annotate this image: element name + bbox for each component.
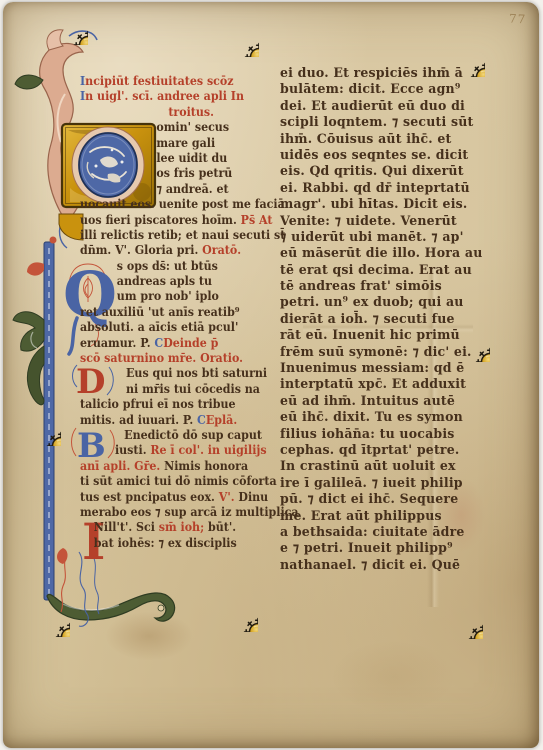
text-line: me. Erat aūt philippus	[280, 509, 466, 525]
gold-boss-icon	[27, 412, 61, 446]
text-line: filius iohān̄a: tu uocabis	[280, 427, 466, 443]
text-line: tē andreas frat' simōis	[280, 279, 466, 295]
text-line: troitus.	[80, 105, 264, 120]
text-segment: In crastinū aūt uoluit ex	[280, 459, 456, 474]
text-line: merabo eos ⁊ sup arcā iz multiplica	[80, 505, 264, 520]
text-line: e ⁊ petri. Inueit philipp⁹	[280, 541, 466, 557]
text-segment: ihm̄. Cōuisus aūt ihc̄. et	[280, 132, 452, 147]
text-line: eū ad ihm̄. Intuitus autē	[280, 394, 466, 410]
text-line: lee uidit du	[80, 151, 264, 166]
text-segment: Eplā.	[206, 413, 237, 427]
gold-boss-icon	[36, 603, 70, 637]
text-line: In uigl'. scī. andree apli In	[80, 89, 264, 104]
text-line: ei. Rabbi. qd dr̄ inteprtatū	[280, 181, 466, 197]
text-segment: eū ihc̄. dixit. Tu es symon	[280, 410, 463, 425]
text-segment: Oratō.	[202, 243, 241, 257]
text-segment: uocauit eos. uenite post me faciā	[80, 197, 285, 211]
text-segment: ei. Rabbi. qd dr̄ inteprtatū	[280, 181, 470, 196]
text-segment: dierāt a ioh̄. ⁊ secuti fue	[280, 312, 455, 327]
text-segment: e ⁊ petri. Inueit philipp⁹	[280, 541, 453, 556]
text-segment: eū māserūt die illo. Hora au	[280, 246, 483, 261]
text-segment: tē andreas frat' simōis	[280, 279, 442, 294]
text-line: bat iohēs: ⁊ ex disciplis	[80, 536, 264, 551]
text-segment: petri. un⁹ ex duob; qui au	[280, 295, 464, 310]
text-segment: eis. Qd qritis. Qui dixerūt	[280, 164, 464, 179]
text-segment: uidēs eos seqntes se. dicit	[280, 148, 468, 163]
text-segment: frēm suū symonē: ⁊ dic' ei.	[280, 345, 472, 360]
text-line: magr'. ubi hītas. Dicit eis.	[280, 197, 466, 213]
text-line: Nill't'. Sci sm̄ ioh; būt'.	[80, 520, 264, 535]
text-line: scō saturnino mr̄e. Oratio.	[80, 351, 264, 366]
text-line: andreas apls tu	[80, 274, 264, 289]
text-line: omin' secus	[80, 120, 264, 135]
text-line: iusti. Re ī col'. in uigilijs	[80, 443, 264, 458]
text-segment: troitus.	[168, 105, 214, 119]
text-segment: iusti.	[115, 443, 150, 457]
text-line: tus est pncipatus eox. V'. Dinu	[80, 490, 264, 505]
text-line: eis. Qd qritis. Qui dixerūt	[280, 164, 466, 180]
text-segment: andreas apls tu	[117, 274, 212, 288]
text-line: illi relictis retib; et naui secuti st̄	[80, 228, 264, 243]
text-line: dierāt a ioh̄. ⁊ secuti fue	[280, 312, 466, 328]
text-line: eū māserūt die illo. Hora au	[280, 246, 466, 262]
text-segment: pū. ⁊ dict ei ihc̄. Sequere	[280, 492, 458, 507]
text-segment: talicio pfrui eī nos tribue	[80, 397, 236, 411]
text-line: ni mr̄is tui cōcedis na	[80, 382, 264, 397]
text-line: absoluti. a aīcis etiā pcul'	[80, 320, 264, 335]
text-line: Incipiūt festiuitates scōz	[80, 74, 264, 89]
text-line: In crastinū aūt uoluit ex	[280, 459, 466, 475]
text-line: ⁊ uiderūt ubi manēt. ⁊ ap'	[280, 230, 466, 246]
text-segment: ti sūt amici tui dō nimis cōforta	[80, 474, 277, 488]
text-segment: me. Erat aūt philippus	[280, 509, 442, 524]
text-segment: dn̄m. V'. Gloria pri.	[80, 243, 202, 257]
text-segment: cephas. qd ītprtat' petre.	[280, 443, 459, 458]
text-segment: mare gali	[156, 136, 215, 150]
text-segment: eū ad ihm̄. Intuitus autē	[280, 394, 455, 409]
text-segment: ⁊ andreā. et	[156, 182, 228, 196]
gold-boss-icon	[54, 11, 88, 45]
text-line: eū ihc̄. dixit. Tu es symon	[280, 410, 466, 426]
text-line: mare gali	[80, 136, 264, 151]
screenshot-root: { "page": { "folio_number": "77", "color…	[0, 0, 543, 750]
text-segment: Re ī col'. in uigilijs	[150, 443, 266, 457]
text-line: cephas. qd ītprtat' petre.	[280, 443, 466, 459]
text-segment: nathanael. ⁊ dicit ei. Quē	[280, 558, 460, 573]
text-segment: absoluti. a aīcis etiā pcul'	[80, 320, 238, 334]
text-segment: bulātem: dicit. Ecce agn⁹	[280, 82, 461, 97]
text-segment: scō saturnino mr̄e. Oratio.	[80, 351, 243, 365]
gold-boss-icon	[456, 328, 490, 362]
text-line: ihm̄. Cōuisus aūt ihc̄. et	[280, 132, 466, 148]
gold-boss-icon	[224, 598, 258, 632]
text-segment: Deinde p̄	[163, 336, 218, 350]
text-segment: um pro nob' iplo	[117, 289, 219, 303]
text-line: ei duo. Et respiciēs ihm̄ ā	[280, 66, 466, 82]
text-line: Eus qui nos bti saturni	[80, 366, 264, 381]
text-segment: omin' secus	[156, 120, 229, 134]
text-segment: s ops ds̄: ut btūs	[117, 259, 218, 273]
text-line: uocauit eos. uenite post me faciā	[80, 197, 264, 212]
text-segment: ncipiūt festiuitates scōz	[85, 74, 233, 88]
text-segment: Ps̄ At	[241, 213, 273, 227]
text-line: a bethsaida: ciuitate ādre	[280, 525, 466, 541]
text-line: Inuenimus messiam: qd ē	[280, 361, 466, 377]
text-line: dn̄m. V'. Gloria pri. Oratō.	[80, 243, 264, 258]
text-segment: Inuenimus messiam: qd ē	[280, 361, 464, 376]
text-line: rāt eū. Inuenit hic primū	[280, 328, 466, 344]
text-segment: tus est pncipatus eox.	[80, 490, 219, 504]
text-line: tē erat qsi decima. Erat au	[280, 263, 466, 279]
text-line: interptatū xpc̄. Et adduxit	[280, 377, 466, 393]
text-segment: illi relictis retib; et naui secuti st̄	[80, 228, 285, 242]
text-segment: n uigl'. scī. andree apli In	[85, 89, 244, 103]
text-line: s ops ds̄: ut btūs	[80, 259, 264, 274]
gold-boss-icon	[449, 605, 483, 639]
text-line: scipli loqntem. ⁊ secuti sūt	[280, 115, 466, 131]
text-line: ret auxiliū 'ut anīs reatib⁹	[80, 305, 264, 320]
text-line: os fris petrū	[80, 166, 264, 181]
text-line: uidēs eos seqntes se. dicit	[280, 148, 466, 164]
text-line: ti sūt amici tui dō nimis cōforta	[80, 474, 264, 489]
text-segment: Eus qui nos bti saturni	[126, 366, 267, 380]
text-segment: ret auxiliū 'ut anīs reatib⁹	[80, 305, 240, 319]
text-line: talicio pfrui eī nos tribue	[80, 397, 264, 412]
text-segment: ei duo. Et respiciēs ihm̄ ā	[280, 66, 463, 81]
text-line: ire ī galileā. ⁊ iueit philip	[280, 476, 466, 492]
text-line: Enedictō dō sup caput	[80, 428, 264, 443]
text-segment: eruamur. P.	[80, 336, 154, 350]
text-segment: rāt eū. Inuenit hic primū	[280, 328, 460, 343]
text-segment: ni mr̄is tui cōcedis na	[126, 382, 260, 396]
text-segment: os fris petrū	[156, 166, 232, 180]
text-line: pū. ⁊ dict ei ihc̄. Sequere	[280, 492, 466, 508]
text-line: ⁊ andreā. et	[80, 182, 264, 197]
text-segment: ⁊ uiderūt ubi manēt. ⁊ ap'	[280, 230, 464, 245]
text-segment: anī apli. Gr̄e.	[80, 459, 164, 473]
text-column-left: Incipiūt festiuitates scōzIn uigl'. scī.…	[80, 74, 280, 551]
text-line: uos fieri piscatores hoīm. Ps̄ At	[80, 213, 264, 228]
text-segment: V'.	[219, 490, 239, 504]
text-line: anī apli. Gr̄e. Nimis honora	[80, 459, 264, 474]
gold-boss-icon	[451, 43, 485, 77]
text-line: mitis. ad iuuari. P. CEplā.	[80, 413, 264, 428]
text-line: petri. un⁹ ex duob; qui au	[280, 295, 466, 311]
text-segment: bat iohēs: ⁊ ex disciplis	[94, 536, 237, 550]
text-segment: uos fieri piscatores hoīm.	[80, 213, 241, 227]
text-segment: interptatū xpc̄. Et adduxit	[280, 377, 466, 392]
text-line: frēm suū symonē: ⁊ dic' ei.	[280, 345, 466, 361]
folio-number: 77	[509, 12, 527, 27]
text-segment: ire ī galileā. ⁊ iueit philip	[280, 476, 463, 491]
text-segment: tē erat qsi decima. Erat au	[280, 263, 472, 278]
text-segment: C	[197, 413, 206, 427]
text-segment: Nimis honora	[164, 459, 248, 473]
text-line: Venite: ⁊ uidete. Venerūt	[280, 214, 466, 230]
text-segment: magr'. ubi hītas. Dicit eis.	[280, 197, 467, 212]
text-segment: Enedictō dō sup caput	[124, 428, 262, 442]
text-segment: Venite: ⁊ uidete. Venerūt	[280, 214, 457, 229]
text-segment: dei. Et audierūt eū duo di	[280, 99, 465, 114]
text-segment: filius iohān̄a: tu uocabis	[280, 427, 455, 442]
text-line: um pro nob' iplo	[80, 289, 264, 304]
text-segment: lee uidit du	[156, 151, 227, 165]
photograph-background: 77 D	[0, 0, 543, 750]
text-segment: scipli loqntem. ⁊ secuti sūt	[280, 115, 474, 130]
text-segment: Nill't'. Sci	[94, 520, 159, 534]
text-line: bulātem: dicit. Ecce agn⁹	[280, 82, 466, 98]
text-segment: mitis. ad iuuari. P.	[80, 413, 197, 427]
parchment-stain	[333, 642, 453, 712]
text-column-right: ei duo. Et respiciēs ihm̄ ābulātem: dici…	[280, 66, 476, 574]
text-segment: a bethsaida: ciuitate ādre	[280, 525, 465, 540]
manuscript-page: 77 D	[3, 2, 539, 748]
gold-boss-icon	[225, 23, 259, 57]
text-segment: sm̄ ioh;	[159, 520, 204, 534]
text-segment: merabo eos ⁊ sup arcā iz multiplica	[80, 505, 299, 519]
text-line: dei. Et audierūt eū duo di	[280, 99, 466, 115]
text-segment: būt'.	[204, 520, 236, 534]
text-segment: Dinu	[238, 490, 268, 504]
text-line: nathanael. ⁊ dicit ei. Quē	[280, 558, 466, 574]
text-line: eruamur. P. CDeinde p̄	[80, 336, 264, 351]
